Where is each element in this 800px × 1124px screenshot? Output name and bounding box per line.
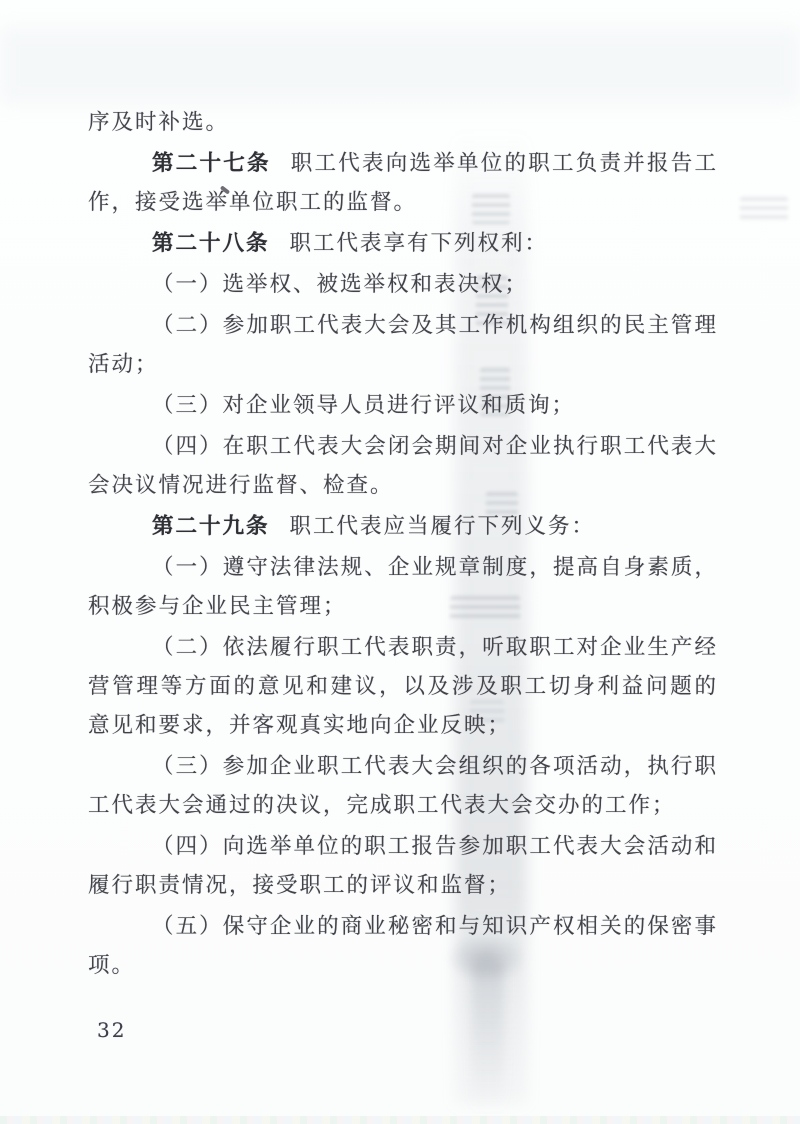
paragraph-text: 职工代表应当履行下列义务： <box>290 514 596 539</box>
page-number: 32 <box>97 1018 126 1042</box>
document-body: 序及时补选。 第二十七条职工代表向选举单位的职工负责并报告工作，接受选举单位职工… <box>88 103 718 987</box>
paragraph: （二）参加职工代表大会及其工作机构组织的民主管理活动； <box>88 306 718 384</box>
paragraph-text: （一）遵守法律法规、企业规章制度，提高自身素质，积极参与企业民主管理； <box>88 555 718 619</box>
paragraph-text: 职工代表享有下列权利： <box>290 231 549 256</box>
article-number: 第二十九条 <box>152 514 270 539</box>
paragraph: （五）保守企业的商业秘密和与知识产权相关的保密事项。 <box>88 907 718 985</box>
paragraph-text: （五）保守企业的商业秘密和与知识产权相关的保密事项。 <box>88 914 718 978</box>
scan-haze-top <box>0 28 800 103</box>
paragraph-text: （四）向选举单位的职工报告参加职工代表大会活动和履行职责情况，接受职工的评议和监… <box>88 834 718 898</box>
paragraph: 第二十九条职工代表应当履行下列义务： <box>88 507 718 546</box>
paragraph: 序及时补选。 <box>88 103 718 142</box>
scanner-noise-strip <box>0 1116 800 1124</box>
paragraph: 第二十八条职工代表享有下列权利： <box>88 224 718 263</box>
paragraph-text: （二）依法履行职工代表职责，听取职工对企业生产经营管理等方面的意见和建议，以及涉… <box>88 635 718 738</box>
article-number: 第二十八条 <box>152 231 270 256</box>
article-number: 第二十七条 <box>152 151 271 176</box>
paragraph: （一）遵守法律法规、企业规章制度，提高自身素质，积极参与企业民主管理； <box>88 548 718 626</box>
bleed-through-ghost <box>740 197 788 221</box>
paragraph: （二）依法履行职工代表职责，听取职工对企业生产经营管理等方面的意见和建议，以及涉… <box>88 628 718 745</box>
paragraph: （四）在职工代表大会闭会期间对企业执行职工代表大会决议情况进行监督、检查。 <box>88 427 718 505</box>
paragraph-text: （三）参加企业职工代表大会组织的各项活动，执行职工代表大会通过的决议，完成职工代… <box>88 754 718 818</box>
paragraph: （四）向选举单位的职工报告参加职工代表大会活动和履行职责情况，接受职工的评议和监… <box>88 827 718 905</box>
paragraph: （三）参加企业职工代表大会组织的各项活动，执行职工代表大会通过的决议，完成职工代… <box>88 747 718 825</box>
scanned-page: 序及时补选。 第二十七条职工代表向选举单位的职工负责并报告工作，接受选举单位职工… <box>0 0 800 1124</box>
paragraph-text: （一）选举权、被选举权和表决权； <box>152 272 528 297</box>
paragraph: 第二十七条职工代表向选举单位的职工负责并报告工作，接受选举单位职工的监督。 <box>88 144 718 222</box>
paragraph-text: （三）对企业领导人员进行评议和质询； <box>152 393 575 418</box>
paragraph: （一）选举权、被选举权和表决权； <box>88 265 718 304</box>
paragraph-text: （四）在职工代表大会闭会期间对企业执行职工代表大会决议情况进行监督、检查。 <box>88 434 718 498</box>
paragraph-text: 序及时补选。 <box>88 110 229 135</box>
paragraph: （三）对企业领导人员进行评议和质询； <box>88 386 718 425</box>
paragraph-text: （二）参加职工代表大会及其工作机构组织的民主管理活动； <box>88 313 718 377</box>
